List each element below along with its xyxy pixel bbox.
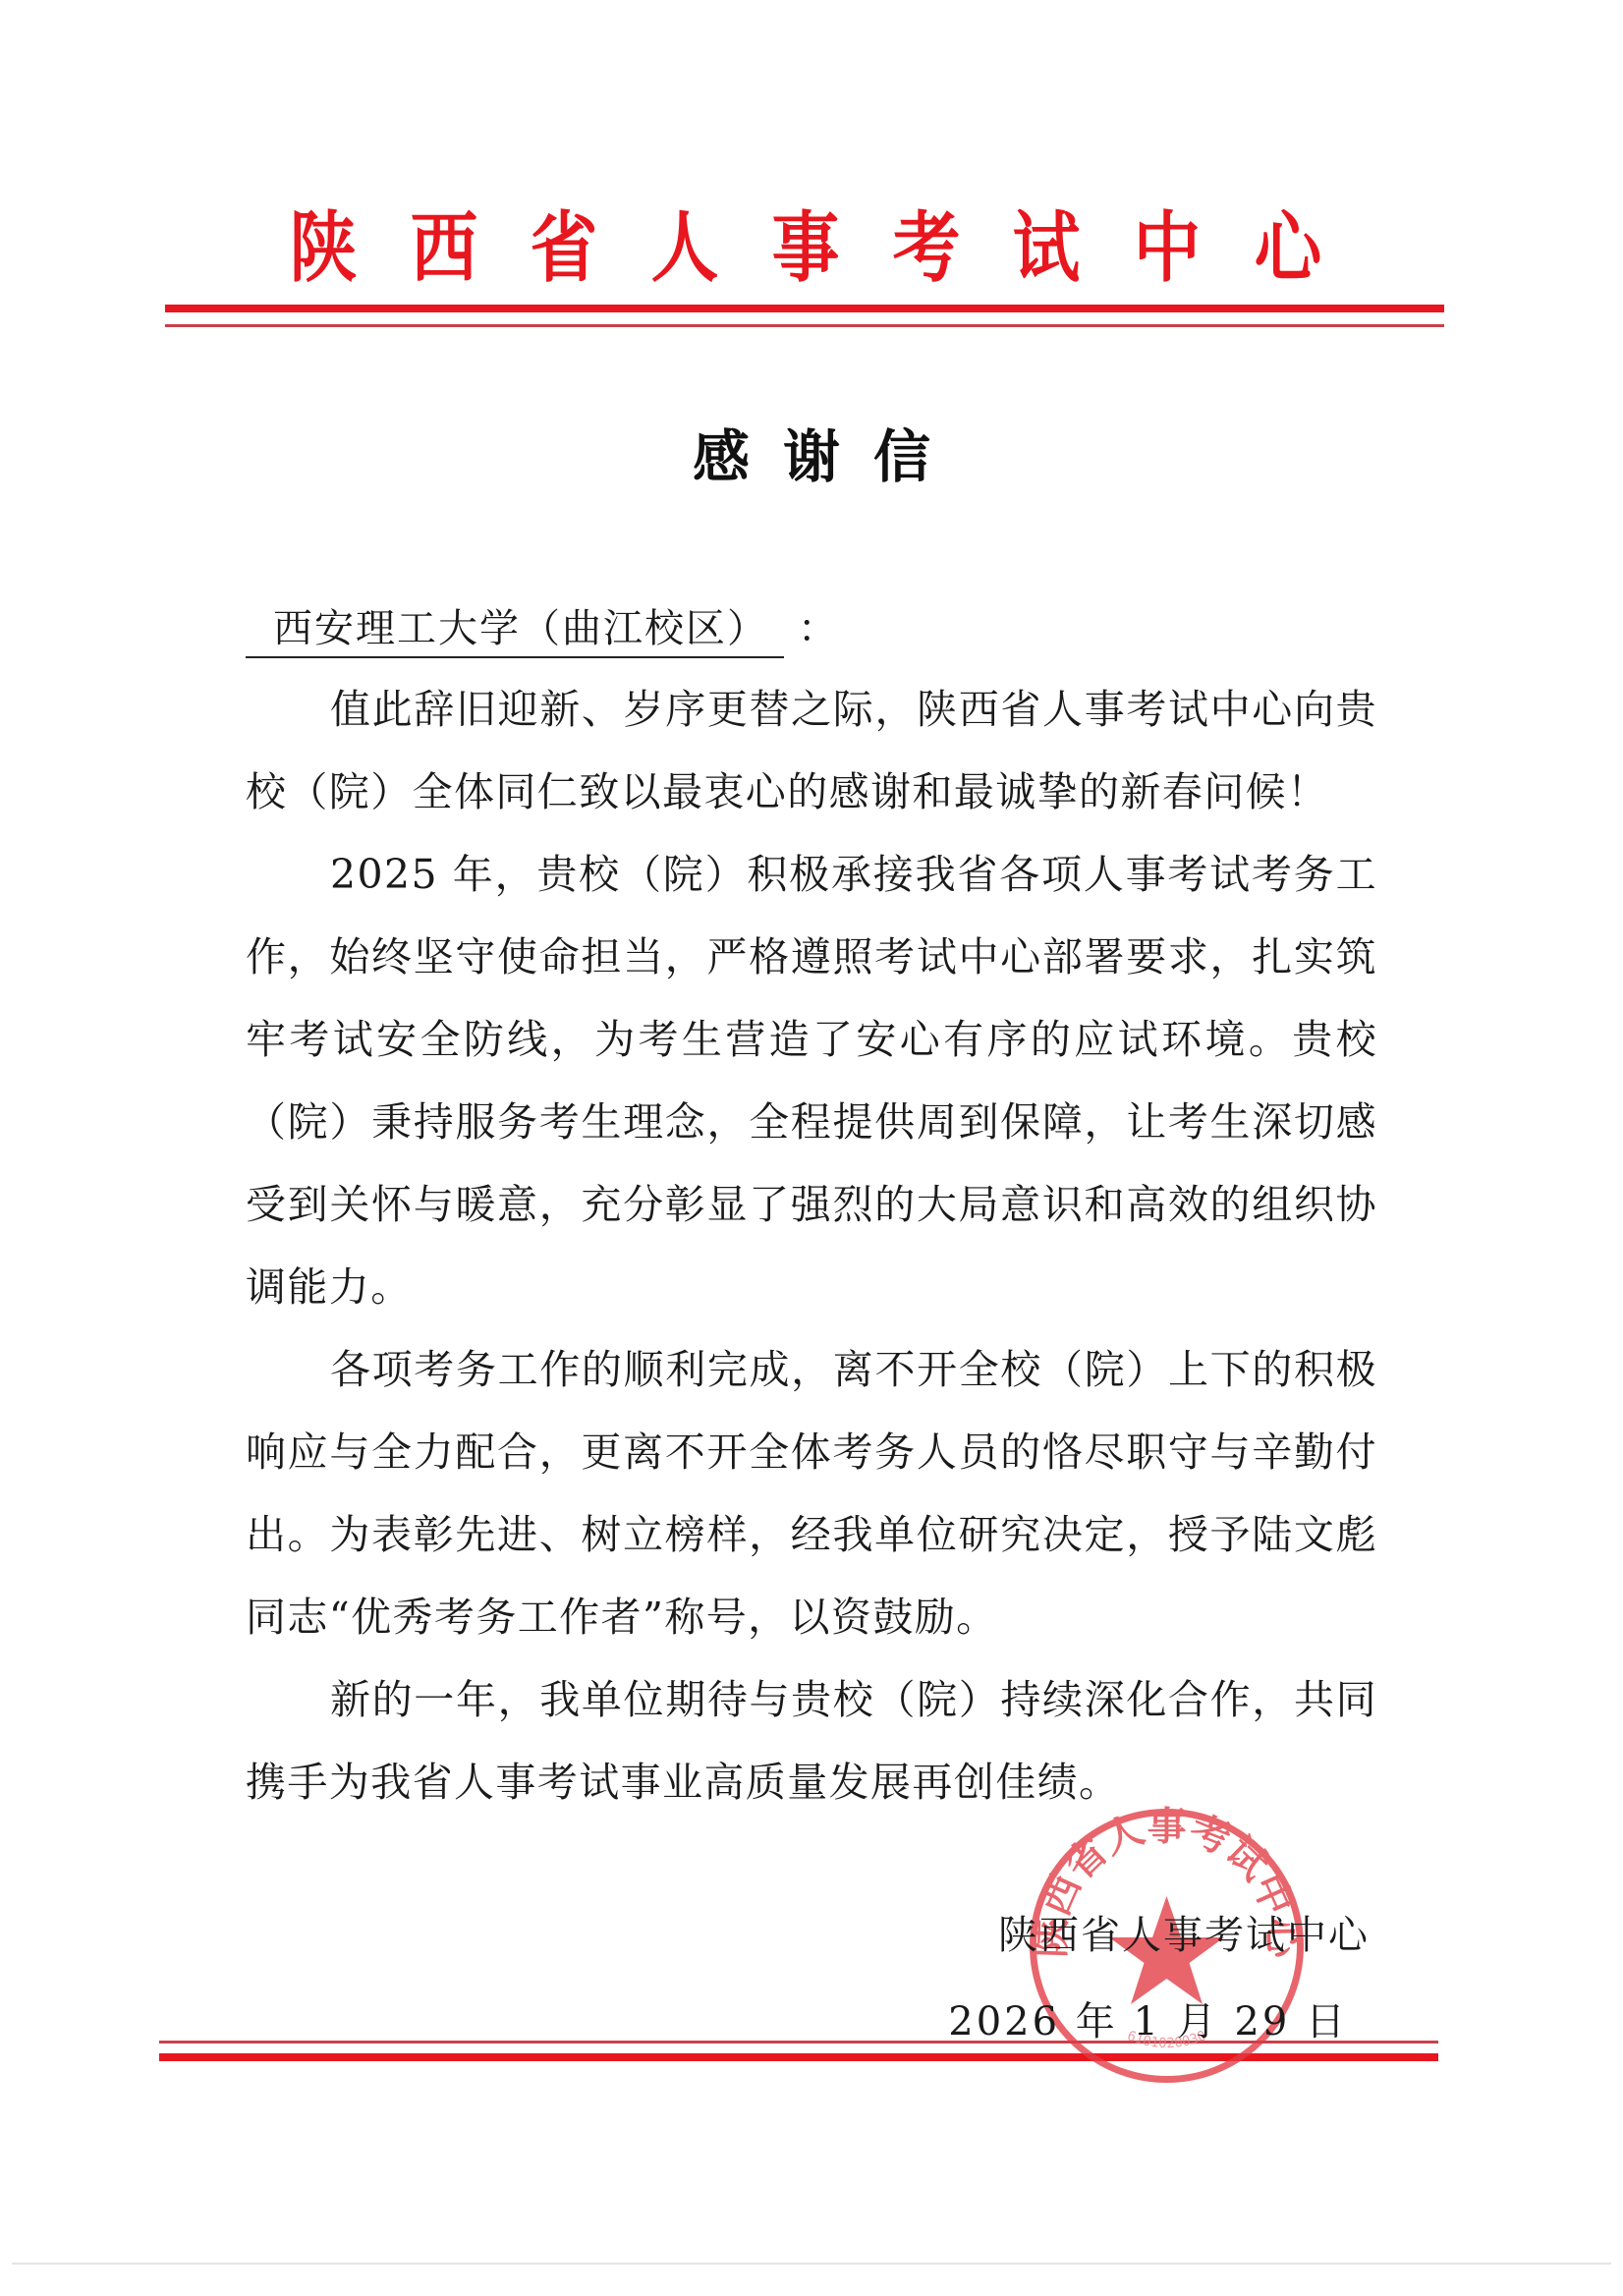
signature-organization: 陕西省人事考试中心 bbox=[998, 1901, 1370, 1970]
paragraph-commendation: 各项考务工作的顺利完成，离不开全校（院）上下的积极响应与全力配合，更离不开全体考… bbox=[246, 1328, 1377, 1658]
letterhead-char: 人 bbox=[651, 201, 719, 295]
letterhead-title: 陕 西 省 人 事 考 试 中 心 bbox=[285, 201, 1326, 295]
letterhead-char: 陕 bbox=[290, 201, 358, 295]
letterhead-char: 中 bbox=[1134, 201, 1202, 295]
paragraph-text: 各项考务工作的顺利完成，离不开全校（院）上下的积极响应与全力配合，更离不开全体考… bbox=[246, 1328, 1377, 1658]
salutation: 西安理工大学（曲江校区）： bbox=[246, 588, 837, 670]
paragraph-work-summary: 2025 年，贵校（院）积极承接我省各项人事考试考务工作，始终坚守使命担当，严格… bbox=[246, 833, 1377, 1328]
letterhead-char: 试 bbox=[1013, 201, 1081, 295]
paragraph-text: 值此辞旧迎新、岁序更替之际，陕西省人事考试中心向贵校（院）全体同仁致以最衷心的感… bbox=[246, 668, 1377, 833]
letterhead-char: 考 bbox=[892, 201, 960, 295]
document-title-text: 感谢信 bbox=[659, 423, 964, 490]
paragraph-text: 2025 年，贵校（院）积极承接我省各项人事考试考务工作，始终坚守使命担当，严格… bbox=[246, 833, 1377, 1328]
recipient-name: 西安理工大学（曲江校区） bbox=[246, 601, 784, 658]
page-edge bbox=[12, 2263, 1611, 2265]
paragraph-greeting: 值此辞旧迎新、岁序更替之际，陕西省人事考试中心向贵校（院）全体同仁致以最衷心的感… bbox=[246, 668, 1377, 833]
header-rule-thick bbox=[165, 305, 1444, 312]
paragraph-closing: 新的一年，我单位期待与贵校（院）持续深化合作，共同携手为我省人事考试事业高质量发… bbox=[246, 1658, 1377, 1823]
salutation-colon: ： bbox=[798, 606, 837, 651]
document-title: 感谢信 bbox=[0, 418, 1623, 496]
letterhead-char: 省 bbox=[531, 201, 598, 295]
letterhead-char: 西 bbox=[410, 201, 477, 295]
header-rule-thin bbox=[165, 324, 1444, 327]
paragraph-text: 新的一年，我单位期待与贵校（院）持续深化合作，共同携手为我省人事考试事业高质量发… bbox=[246, 1658, 1377, 1823]
signature-date: 2026 年 1 月 29 日 bbox=[948, 1988, 1348, 2056]
letterhead-char: 心 bbox=[1255, 201, 1322, 295]
letterhead-char: 事 bbox=[772, 201, 840, 295]
